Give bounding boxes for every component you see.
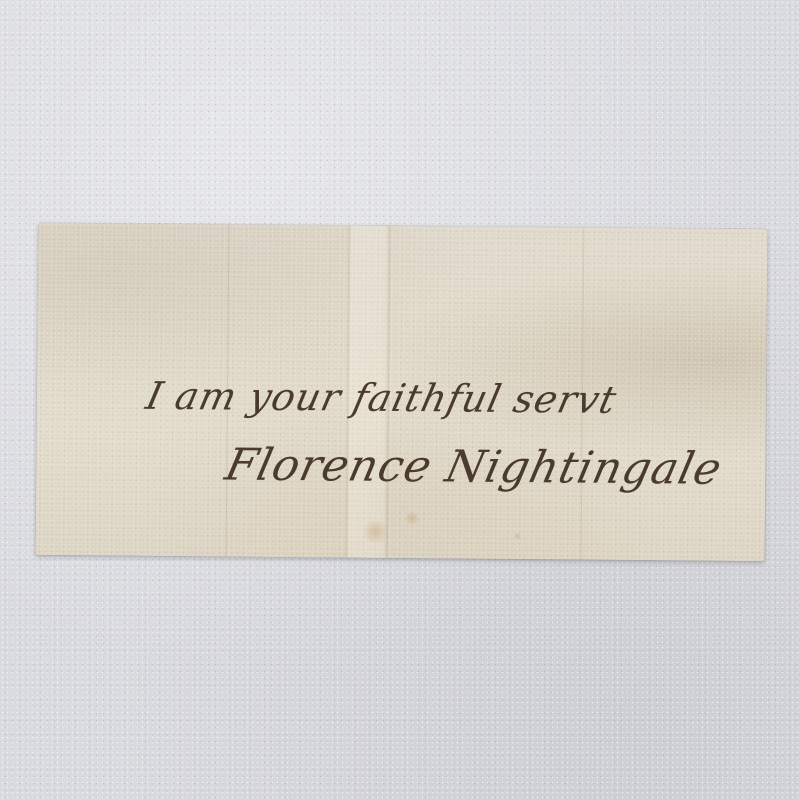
paper-clipping: I am your faithful servt Florence Nighti… bbox=[36, 223, 768, 561]
handwritten-closing: I am your faithful servt bbox=[142, 374, 621, 422]
foxing-stain bbox=[361, 521, 391, 543]
foxing-stain bbox=[514, 532, 522, 540]
handwritten-signature: Florence Nightingale bbox=[221, 440, 727, 495]
foxing-stain bbox=[404, 511, 420, 525]
